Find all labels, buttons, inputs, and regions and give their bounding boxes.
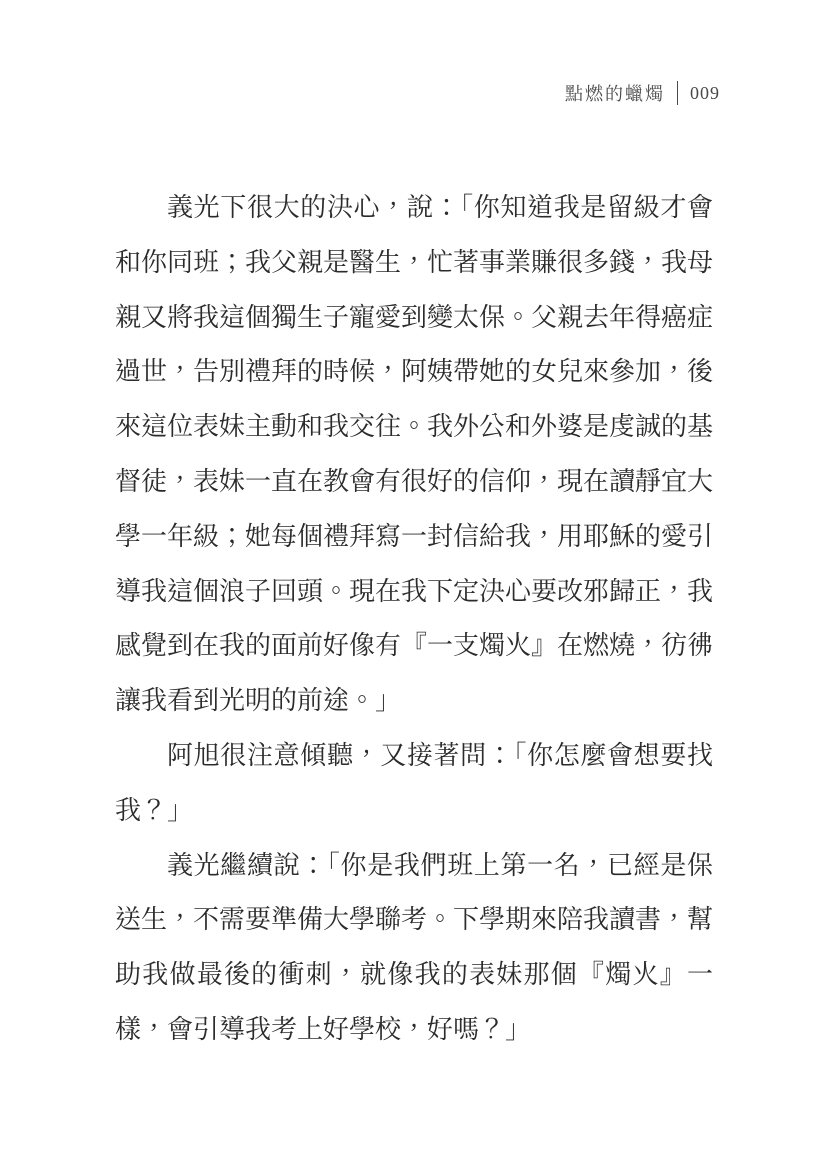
book-title: 點燃的蠟燭 <box>565 80 665 106</box>
running-header: 點燃的蠟燭 009 <box>565 80 720 106</box>
header-divider <box>677 81 678 105</box>
paragraph: 義光繼續說：「你是我們班上第一名，已經是保送生，不需要準備大學聯考。下學期來陪我… <box>115 839 713 1058</box>
page-number: 009 <box>690 83 720 104</box>
body-text-block: 義光下很大的決心，說：「你知道我是留級才會和你同班；我父親是醫生，忙著事業賺很多… <box>115 181 713 1058</box>
paragraph: 阿旭很注意傾聽，又接著問：「你怎麼會想要找我？」 <box>115 729 713 839</box>
paragraph: 義光下很大的決心，說：「你知道我是留級才會和你同班；我父親是醫生，忙著事業賺很多… <box>115 181 713 729</box>
book-page: 點燃的蠟燭 009 義光下很大的決心，說：「你知道我是留級才會和你同班；我父親是… <box>0 0 827 1173</box>
